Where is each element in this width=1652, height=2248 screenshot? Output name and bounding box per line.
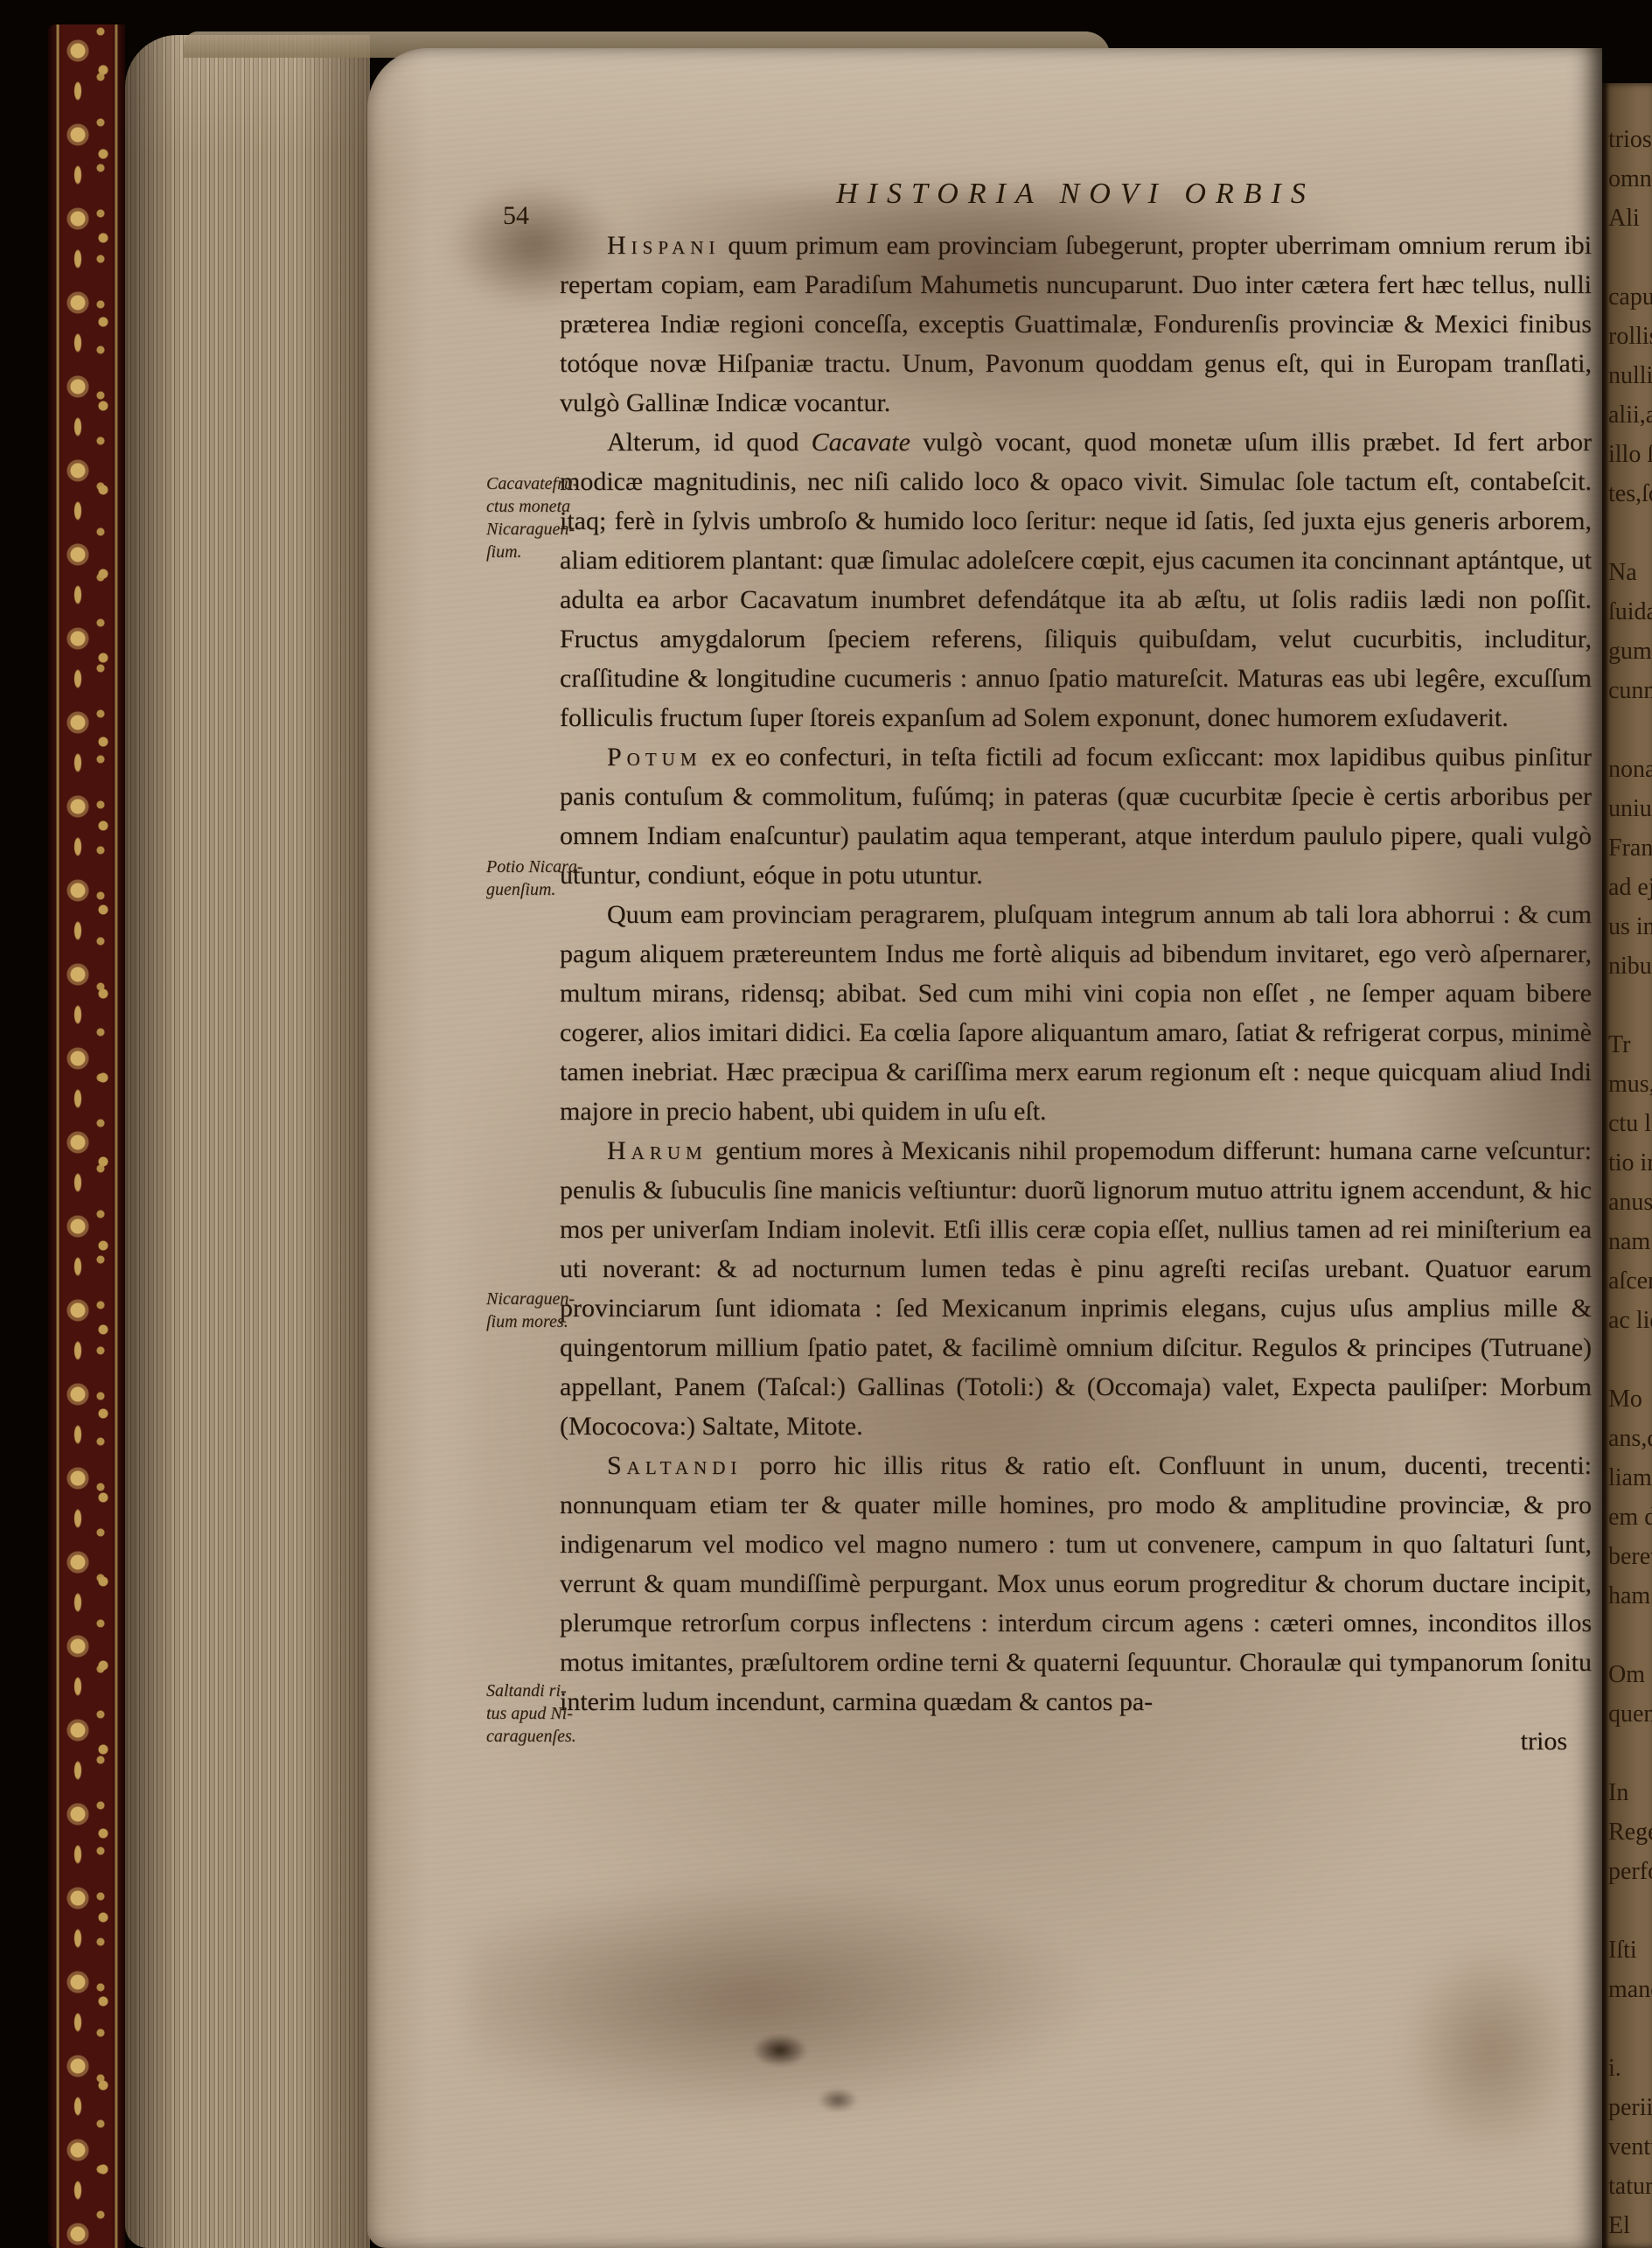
- paragraph: Hispani quum primum eam provinciam ſubeg…: [560, 226, 1592, 422]
- running-header: HISTORIA NOVI ORBIS: [560, 178, 1592, 211]
- edge-text-fragment: cunnis c: [1608, 671, 1652, 710]
- paragraph: Potum ex eo confecturi, in teſta fictili…: [560, 737, 1592, 895]
- gilded-binding-border: [48, 24, 125, 2248]
- edge-text-fragment: ventum: [1608, 2127, 1652, 2167]
- paragraph-text: ex eo confecturi, in teſta fictili ad fo…: [560, 743, 1592, 890]
- facing-page-fragments: trios oromnes iAlicaput crrollis renulli…: [1602, 83, 1652, 2245]
- edge-text-fragment: trios or: [1608, 120, 1652, 159]
- paragraph-lead: Hispani: [607, 231, 720, 260]
- edge-text-fragment: Om: [1608, 1655, 1652, 1694]
- edge-text-fragment: omnes i: [1608, 159, 1652, 199]
- edge-text-fragment: ac lique: [1608, 1301, 1652, 1340]
- edge-text-fragment: ctu lariſſ: [1608, 1104, 1652, 1143]
- edge-text-fragment: In: [1608, 1773, 1652, 1812]
- edge-text-fragment: [1608, 1616, 1652, 1655]
- edge-text-fragment: Ali: [1608, 199, 1652, 238]
- paragraph: Alterum, id quod Cacavate vulgò vocant, …: [560, 422, 1592, 737]
- paragraph-text: Quum eam provinciam peragrarem, pluſquam…: [560, 900, 1592, 1126]
- paragraph-text: vulgò vocant, quod monetæ uſum illis præ…: [560, 428, 1592, 732]
- edge-text-fragment: mus,qui: [1608, 1065, 1652, 1104]
- paragraphs: Hispani quum primum eam provinciam ſubeg…: [560, 226, 1592, 1721]
- edge-text-fragment: periiſſe e: [1608, 2088, 1652, 2127]
- paragraph-text: gentium mores à Mexicanis nihil propemod…: [560, 1136, 1592, 1441]
- edge-text-fragment: [1608, 513, 1652, 553]
- edge-text-fragment: Iſti: [1608, 1930, 1652, 1970]
- edge-text-fragment: El: [1608, 2206, 1652, 2245]
- paragraph-lead: Harum: [607, 1136, 708, 1165]
- edge-text-fragment: ad ejuſd: [1608, 868, 1652, 907]
- edge-text-fragment: caput cr: [1608, 277, 1652, 317]
- paragraph-text: porro hic illis ritus & ratio eſt. Confl…: [560, 1451, 1592, 1716]
- edge-text-fragment: Franci: [1608, 828, 1652, 868]
- edge-text-fragment: tatur: [1608, 2167, 1652, 2206]
- edge-text-fragment: [1608, 1340, 1652, 1379]
- edge-text-fragment: illo ſuo C: [1608, 435, 1652, 474]
- edge-text-fragment: anus qu: [1608, 1183, 1652, 1222]
- edge-text-fragment: [1608, 986, 1652, 1025]
- margin-note: Cacavatefru- ctus moneta Nicaraguen- ſiu…: [486, 472, 648, 563]
- edge-text-fragment: alii,alii p: [1608, 395, 1652, 435]
- paragraph: Quum eam provinciam peragrarem, pluſquam…: [560, 895, 1592, 1131]
- edge-text-fragment: Tr: [1608, 1025, 1652, 1065]
- edge-text-fragment: quendo: [1608, 1694, 1652, 1734]
- margin-note: Potio Nicara- guenſium.: [486, 855, 648, 901]
- page-number: 54: [503, 201, 529, 231]
- edge-text-fragment: [1608, 1891, 1652, 1930]
- edge-text-fragment: Rege H: [1608, 1812, 1652, 1852]
- paragraph-text: Cacavate: [812, 428, 910, 457]
- edge-text-fragment: tes,ſoler: [1608, 474, 1652, 513]
- edge-text-fragment: tio intus: [1608, 1143, 1652, 1183]
- page-stain-bottom-right: [1399, 1937, 1583, 2165]
- edge-text-fragment: i.: [1608, 2049, 1652, 2088]
- paragraph-text: Alterum, id quod: [607, 428, 812, 457]
- edge-text-fragment: unius iti: [1608, 789, 1652, 828]
- edge-text-fragment: mancip: [1608, 1970, 1652, 2009]
- page-edge-stack: [125, 35, 370, 2248]
- edge-text-fragment: [1608, 710, 1652, 750]
- paragraph: Saltandi porro hic illis ritus & ratio e…: [560, 1446, 1592, 1721]
- edge-text-fragment: ſuidam a: [1608, 592, 1652, 632]
- edge-text-fragment: liam m: [1608, 1458, 1652, 1498]
- edge-text-fragment: [1608, 2009, 1652, 2049]
- ink-spot: [752, 2034, 808, 2067]
- edge-text-fragment: aſcender: [1608, 1261, 1652, 1301]
- edge-text-fragment: nibus co: [1608, 946, 1652, 986]
- edge-text-fragment: rollis re: [1608, 317, 1652, 356]
- edge-text-fragment: [1608, 1734, 1652, 1773]
- paragraph: Harum gentium mores à Mexicanis nihil pr…: [560, 1131, 1592, 1446]
- edge-text-fragment: em dem: [1608, 1498, 1652, 1537]
- facing-page-strip: trios oromnes iAlicaput crrollis renulli…: [1602, 83, 1652, 2248]
- edge-text-fragment: us in Se: [1608, 907, 1652, 946]
- paragraph-lead: Potum: [607, 743, 702, 771]
- ink-spot: [818, 2088, 858, 2112]
- edge-text-fragment: ham & F: [1608, 1576, 1652, 1616]
- edge-text-fragment: perfoſſo: [1608, 1852, 1652, 1891]
- edge-text-fragment: [1608, 238, 1652, 277]
- edge-text-fragment: berevan: [1608, 1537, 1652, 1576]
- catchword: trios: [560, 1721, 1592, 1761]
- edge-text-fragment: nam feri: [1608, 1222, 1652, 1261]
- edge-text-fragment: ans,qui: [1608, 1419, 1652, 1458]
- edge-text-fragment: gum app: [1608, 632, 1652, 671]
- edge-text-fragment: nonam it: [1608, 750, 1652, 789]
- edge-text-fragment: Na: [1608, 553, 1652, 592]
- book-photo: 54 HISTORIA NOVI ORBIS Hispani quum prim…: [0, 0, 1652, 2248]
- edge-text-fragment: Mo: [1608, 1379, 1652, 1419]
- paragraph-lead: Saltandi: [607, 1451, 742, 1480]
- edge-text-fragment: nulli cr: [1608, 356, 1652, 395]
- margin-note: Nicaraguen- ſium mores.: [486, 1288, 648, 1333]
- margin-note: Saltandi ri- tus apud Ni- caraguenſes.: [486, 1679, 648, 1748]
- text-block: Hispani quum primum eam provinciam ſubeg…: [560, 226, 1592, 1761]
